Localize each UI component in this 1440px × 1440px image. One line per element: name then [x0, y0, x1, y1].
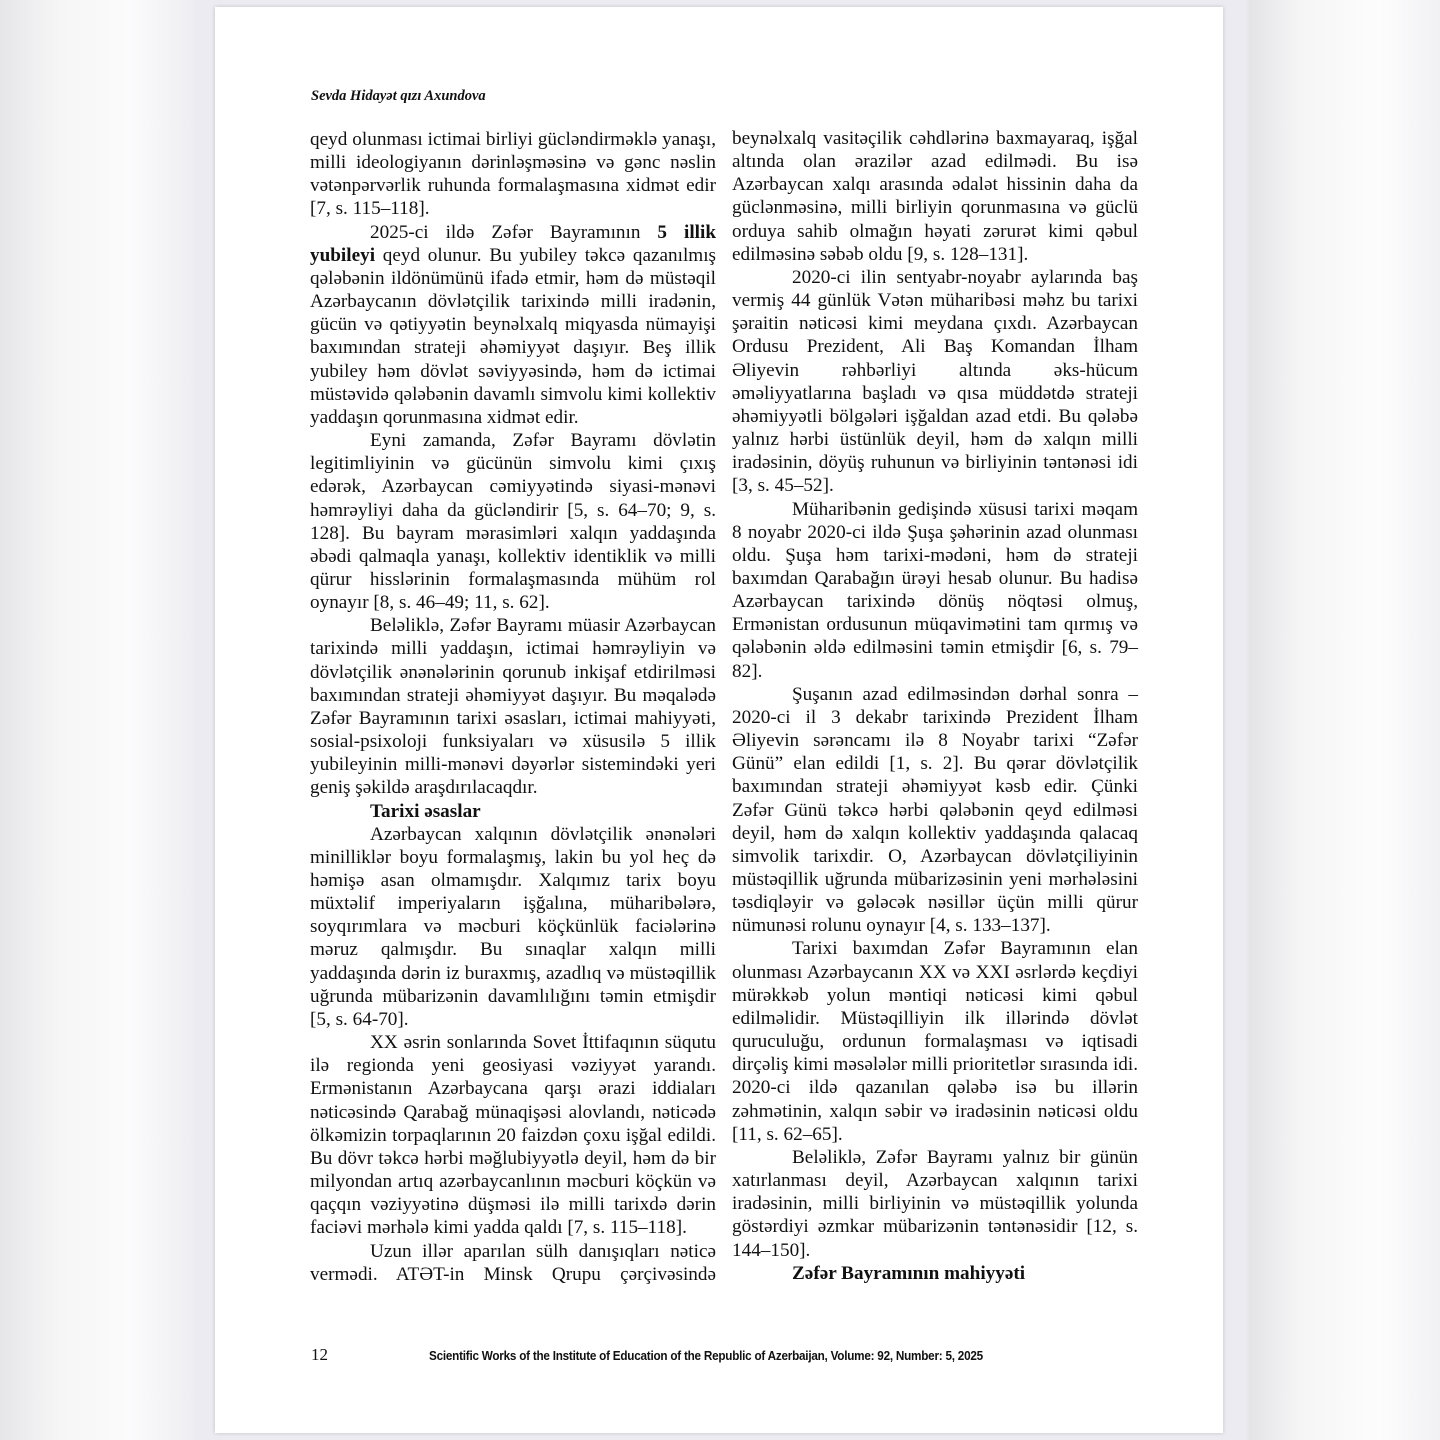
document-page: Sevda Hidayət qızı Axundova qeyd olunmas…	[215, 7, 1223, 1433]
section-heading: Tarixi əsaslar	[310, 800, 716, 823]
paragraph: Beləliklə, Zəfər Bayramı yalnız bir günü…	[732, 1146, 1138, 1262]
paragraph: Şuşanın azad edilməsindən dərhal sonra –…	[732, 683, 1138, 938]
page-frame: Sevda Hidayət qızı Axundova qeyd olunmas…	[195, 0, 1245, 1440]
left-column: qeyd olunması ictimai birliyi gücləndirm…	[310, 128, 716, 1286]
paragraph-text: 2025-ci ildə Zəfər Bayramının	[370, 222, 657, 243]
page-number: 12	[311, 1345, 429, 1365]
paragraph: XX əsrin sonlarında Sovet İttifaqının sü…	[310, 1031, 716, 1239]
paragraph: Uzun illər aparılan sülh danışıqları nət…	[310, 1240, 716, 1286]
paragraph: qeyd olunması ictimai birliyi gücləndirm…	[310, 128, 716, 221]
journal-citation: Scientific Works of the Institute of Edu…	[429, 1349, 983, 1363]
section-heading: Zəfər Bayramının mahiyyəti	[732, 1262, 1138, 1285]
page-footer: 12 Scientific Works of the Institute of …	[311, 1345, 1127, 1365]
paragraph: Eyni zamanda, Zəfər Bayramı dövlətin leg…	[310, 429, 716, 614]
paragraph: 2025-ci ildə Zəfər Bayramının 5 illik yu…	[310, 221, 716, 429]
paragraph: beynəlxalq vasitəçilik cəhdlərinə baxmay…	[732, 127, 1138, 266]
paragraph: Müharibənin gedişində xüsusi tarixi məqa…	[732, 498, 1138, 683]
paragraph: 2020-ci ilin sentyabr-noyabr aylarında b…	[732, 266, 1138, 498]
right-column: beynəlxalq vasitəçilik cəhdlərinə baxmay…	[732, 127, 1138, 1285]
paragraph: Tarixi baxımdan Zəfər Bayramının elan ol…	[732, 937, 1138, 1145]
paragraph-text: qeyd olunur. Bu yubiley təkcə qazanılmış…	[310, 245, 716, 428]
paragraph: Azərbaycan xalqının dövlətçilik ənənələr…	[310, 823, 716, 1031]
running-head-author: Sevda Hidayət qızı Axundova	[311, 88, 486, 105]
paragraph: Beləliklə, Zəfər Bayramı müasir Azərbayc…	[310, 614, 716, 799]
